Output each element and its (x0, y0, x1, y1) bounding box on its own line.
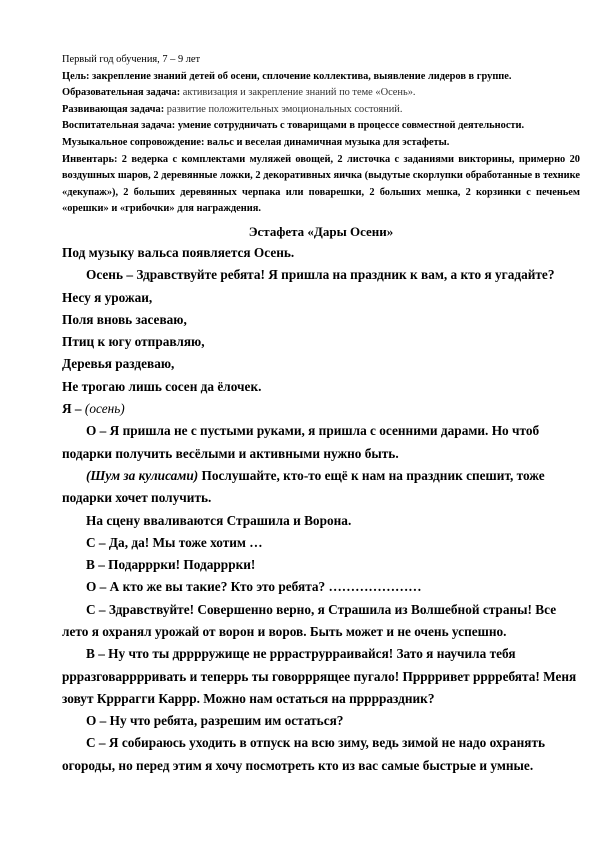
inventory-line: Инвентарь: 2 ведерка с комплектами муляж… (62, 152, 580, 218)
stage-line: На сцену вваливаются Страшила и Ворона. (62, 510, 580, 532)
goal-label: Цель: (62, 71, 89, 82)
speaker: С (86, 735, 96, 750)
music-line: Музыкальное сопровождение: вальс и весел… (62, 135, 580, 152)
line-text: – Да, да! Мы тоже хотим … (96, 535, 263, 550)
stage-direction: (Шум за кулисами) (86, 468, 198, 483)
dialogue-line: Осень – Здравствуйте ребята! Я пришла на… (62, 264, 580, 286)
dialogue-line: О – Ну что ребята, разрешим им остаться? (62, 710, 580, 732)
dialogue-line: С – Да, да! Мы тоже хотим … (62, 532, 580, 554)
poem-line: Птиц к югу отправляю, (62, 331, 580, 353)
edu-task-line: Образовательная задача: активизация и за… (62, 85, 580, 102)
poem-line: Не трогаю лишь сосен да ёлочек. (62, 376, 580, 398)
lesson-metadata: Первый год обучения, 7 – 9 лет Цель: зак… (62, 52, 580, 218)
upbr-task-line: Воспитательная задача: умение сотруднича… (62, 118, 580, 135)
music-text: вальс и веселая динамичная музыка для эс… (204, 137, 449, 148)
poem-line: Поля вновь засеваю, (62, 309, 580, 331)
edu-task-label: Образовательная задача: (62, 87, 180, 98)
music-label: Музыкальное сопровождение: (62, 137, 204, 148)
speaker: С (86, 535, 96, 550)
answer-line: Я – (осень) (62, 398, 580, 420)
dialogue-line: О – Я пришла не с пустыми руками, я приш… (62, 420, 580, 465)
dash: – (72, 401, 85, 416)
upbr-task-text: умение сотрудничать с товарищами в проце… (175, 120, 524, 131)
answer-text: (осень) (85, 401, 125, 416)
speaker: О (86, 713, 96, 728)
speaker: О (86, 423, 96, 438)
line-text: – Ну что ты дрррружище не ррраструрраива… (62, 646, 576, 706)
intro-line: Под музыку вальса появляется Осень. (62, 242, 580, 264)
line-text: – Здравствуйте ребята! Я пришла на празд… (123, 267, 554, 282)
year-line: Первый год обучения, 7 – 9 лет (62, 52, 580, 69)
inventory-text: 2 ведерка с комплектами муляжей овощей, … (62, 154, 580, 215)
page-title: Эстафета «Дары Осени» (62, 221, 580, 242)
upbr-task-label: Воспитательная задача: (62, 120, 175, 131)
script-body: Под музыку вальса появляется Осень. Осен… (62, 242, 580, 777)
document-page: Первый год обучения, 7 – 9 лет Цель: зак… (62, 52, 580, 777)
dialogue-line: В – Ну что ты дрррружище не ррраструрраи… (62, 643, 580, 710)
line-text: На сцену вваливаются (86, 513, 227, 528)
line-text: – А кто же вы такие? Кто это ребята? ………… (96, 579, 421, 594)
speaker: Я (62, 401, 72, 416)
dev-task-line: Развивающая задача: развитие положительн… (62, 102, 580, 119)
dialogue-line: (Шум за кулисами) Послушайте, кто-то ещё… (62, 465, 580, 510)
characters: Страшила и Ворона (227, 513, 348, 528)
speaker: В (86, 557, 95, 572)
dev-task-label: Развивающая задача: (62, 104, 164, 115)
goal-line: Цель: закрепление знаний детей об осени,… (62, 69, 580, 86)
line-text: – Ну что ребята, разрешим им остаться? (96, 713, 343, 728)
dialogue-line: С – Я собираюсь уходить в отпуск на всю … (62, 732, 580, 777)
speaker: О (86, 579, 96, 594)
line-text: – Я собираюсь уходить в отпуск на всю зи… (62, 735, 545, 772)
inventory-label: Инвентарь: (62, 154, 117, 165)
goal-text: закрепление знаний детей об осени, сплоч… (89, 71, 511, 82)
line-text: – Я пришла не с пустыми руками, я пришла… (62, 423, 539, 460)
line-end: . (348, 513, 351, 528)
line-text: – Подарррки! Подарррки! (95, 557, 255, 572)
dev-task-text: развитие положительных эмоциональных сос… (164, 104, 402, 115)
dialogue-line: В – Подарррки! Подарррки! (62, 554, 580, 576)
poem-line: Несу я урожаи, (62, 287, 580, 309)
speaker: В (86, 646, 95, 661)
poem-line: Деревья раздеваю, (62, 353, 580, 375)
line-text: – Здравствуйте! Совершенно верно, я Стра… (62, 602, 556, 639)
dialogue-line: О – А кто же вы такие? Кто это ребята? …… (62, 576, 580, 598)
edu-task-text: активизация и закрепление знаний по теме… (180, 87, 415, 98)
dialogue-line: С – Здравствуйте! Совершенно верно, я Ст… (62, 599, 580, 644)
speaker: С (86, 602, 96, 617)
speaker: Осень (86, 267, 123, 282)
